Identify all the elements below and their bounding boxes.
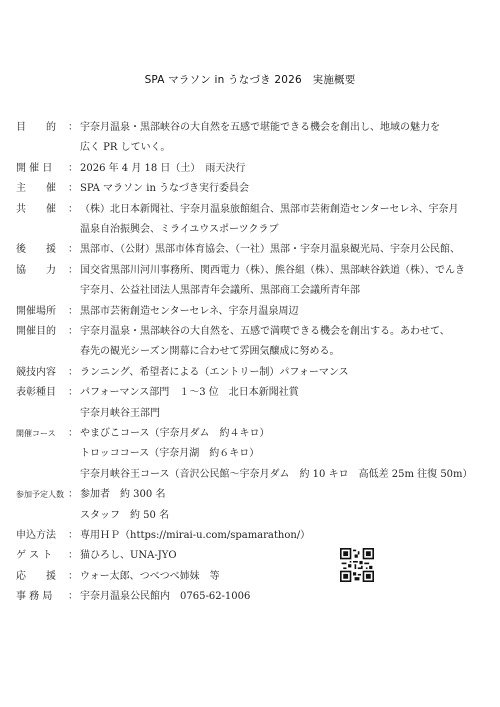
label-colon: ： bbox=[68, 526, 78, 546]
label-colon: ： bbox=[68, 383, 78, 403]
row-label: 目 的 bbox=[16, 118, 64, 138]
row-value[interactable]: 専用ＨＰ（https://mirai-u.com/spamarathon/） bbox=[80, 526, 310, 546]
row-value: 黒部市芸術創造センターセレネ、宇奈月温泉周辺 bbox=[80, 302, 299, 322]
row-value: 猫ひろし、UNA-JYO bbox=[80, 546, 177, 566]
row-value: SPA マラソン in うなづき実行委員会 bbox=[80, 179, 249, 199]
row-value: 温泉自治振興会、ミライユウスポーツクラブ bbox=[80, 220, 279, 240]
label-colon: ： bbox=[68, 587, 78, 607]
row-label: 応 援 bbox=[16, 567, 64, 587]
label-colon: ： bbox=[68, 179, 78, 199]
row-label: 後 援 bbox=[16, 240, 64, 260]
row-label: 参加予定人数 bbox=[16, 485, 64, 505]
row-label: ゲ ス ト bbox=[16, 546, 64, 566]
row-value: 宇奈月、公益社団法人黒部青年会議所、黒部商工会議所青年部 bbox=[80, 281, 360, 301]
label-colon: ： bbox=[68, 424, 78, 444]
row-value: やまびこコース（宇奈月ダム 約４キロ） bbox=[80, 424, 270, 444]
label-colon: ： bbox=[68, 159, 78, 179]
row-label: 主 催 bbox=[16, 179, 64, 199]
row-value: 春先の観光シーズン開幕に合わせて雰囲気醸成に努める。 bbox=[80, 342, 340, 362]
row-value: 2026 年 4 月 18 日（土） 雨天決行 bbox=[80, 159, 245, 179]
label-colon: ： bbox=[68, 363, 78, 383]
row-value: 宇奈月温泉・黒部峡谷の大自然を五感で堪能できる機会を創出し、地域の魅力を bbox=[80, 118, 440, 138]
row-value: 広く PR していく。 bbox=[80, 138, 170, 158]
row-label: 表彰種目 bbox=[16, 383, 64, 403]
row-label: 開催目的 bbox=[16, 322, 64, 342]
label-colon: ： bbox=[68, 567, 78, 587]
row-label: 申込方法 bbox=[16, 526, 64, 546]
label-colon: ： bbox=[68, 302, 78, 322]
label-colon: ： bbox=[68, 240, 78, 260]
row-value: 国交省黒部川河川事務所、関西電力（株）、熊谷組（株）、黒部峡谷鉄道（株）、でんき bbox=[80, 261, 465, 281]
row-value: ランニング、希望者による（エントリー制）パフォーマンス bbox=[80, 363, 349, 383]
row-value: （株）北日本新聞社、宇奈月温泉旅館組合、黒部市芸術創造センターセレネ、宇奈月 bbox=[80, 200, 459, 220]
label-colon: ： bbox=[68, 200, 78, 220]
row-value: トロッココース（宇奈月湖 約６キロ） bbox=[80, 444, 259, 464]
row-label: 開 催 日 bbox=[16, 159, 64, 179]
row-label: 開催場所 bbox=[16, 302, 64, 322]
row-label: 競技内容 bbox=[16, 363, 64, 383]
row-value: 宇奈月峡谷王コース（音沢公民館～宇奈月ダム 約 10 キロ 高低差 25m 往復… bbox=[80, 465, 473, 485]
qr-code-icon[interactable] bbox=[340, 548, 374, 582]
row-value: パフォーマンス部門 １～3 位 北日本新聞社賞 bbox=[80, 383, 299, 403]
row-value: 参加者 約 300 名 bbox=[80, 485, 165, 505]
row-label: 開催コース bbox=[16, 424, 64, 444]
row-value: ウォー太郎、つべつべ姉妹 等 bbox=[80, 567, 220, 587]
row-value: スタッフ 約 50 名 bbox=[80, 506, 169, 526]
row-label: 事 務 局 bbox=[16, 587, 64, 607]
label-colon: ： bbox=[68, 485, 78, 505]
row-label: 協 力 bbox=[16, 261, 64, 281]
row-value: 宇奈月温泉公民館内 0765-62-1006 bbox=[80, 587, 250, 607]
document-title: SPA マラソン in うなづき 2026 実施概要 bbox=[0, 72, 500, 87]
label-colon: ： bbox=[68, 322, 78, 342]
row-label: 共 催 bbox=[16, 200, 64, 220]
row-value: 黒部市、（公財）黒部市体育協会、（一社）黒部・宇奈月温泉観光局、宇奈月公民館、 bbox=[80, 240, 460, 260]
label-colon: ： bbox=[68, 118, 78, 138]
row-value: 宇奈月温泉・黒部峡谷の大自然を、五感で満喫できる機会を創出する。あわせて、 bbox=[80, 322, 450, 342]
row-value: 宇奈月峡谷王部門 bbox=[80, 404, 160, 424]
label-colon: ： bbox=[68, 261, 78, 281]
label-colon: ： bbox=[68, 546, 78, 566]
